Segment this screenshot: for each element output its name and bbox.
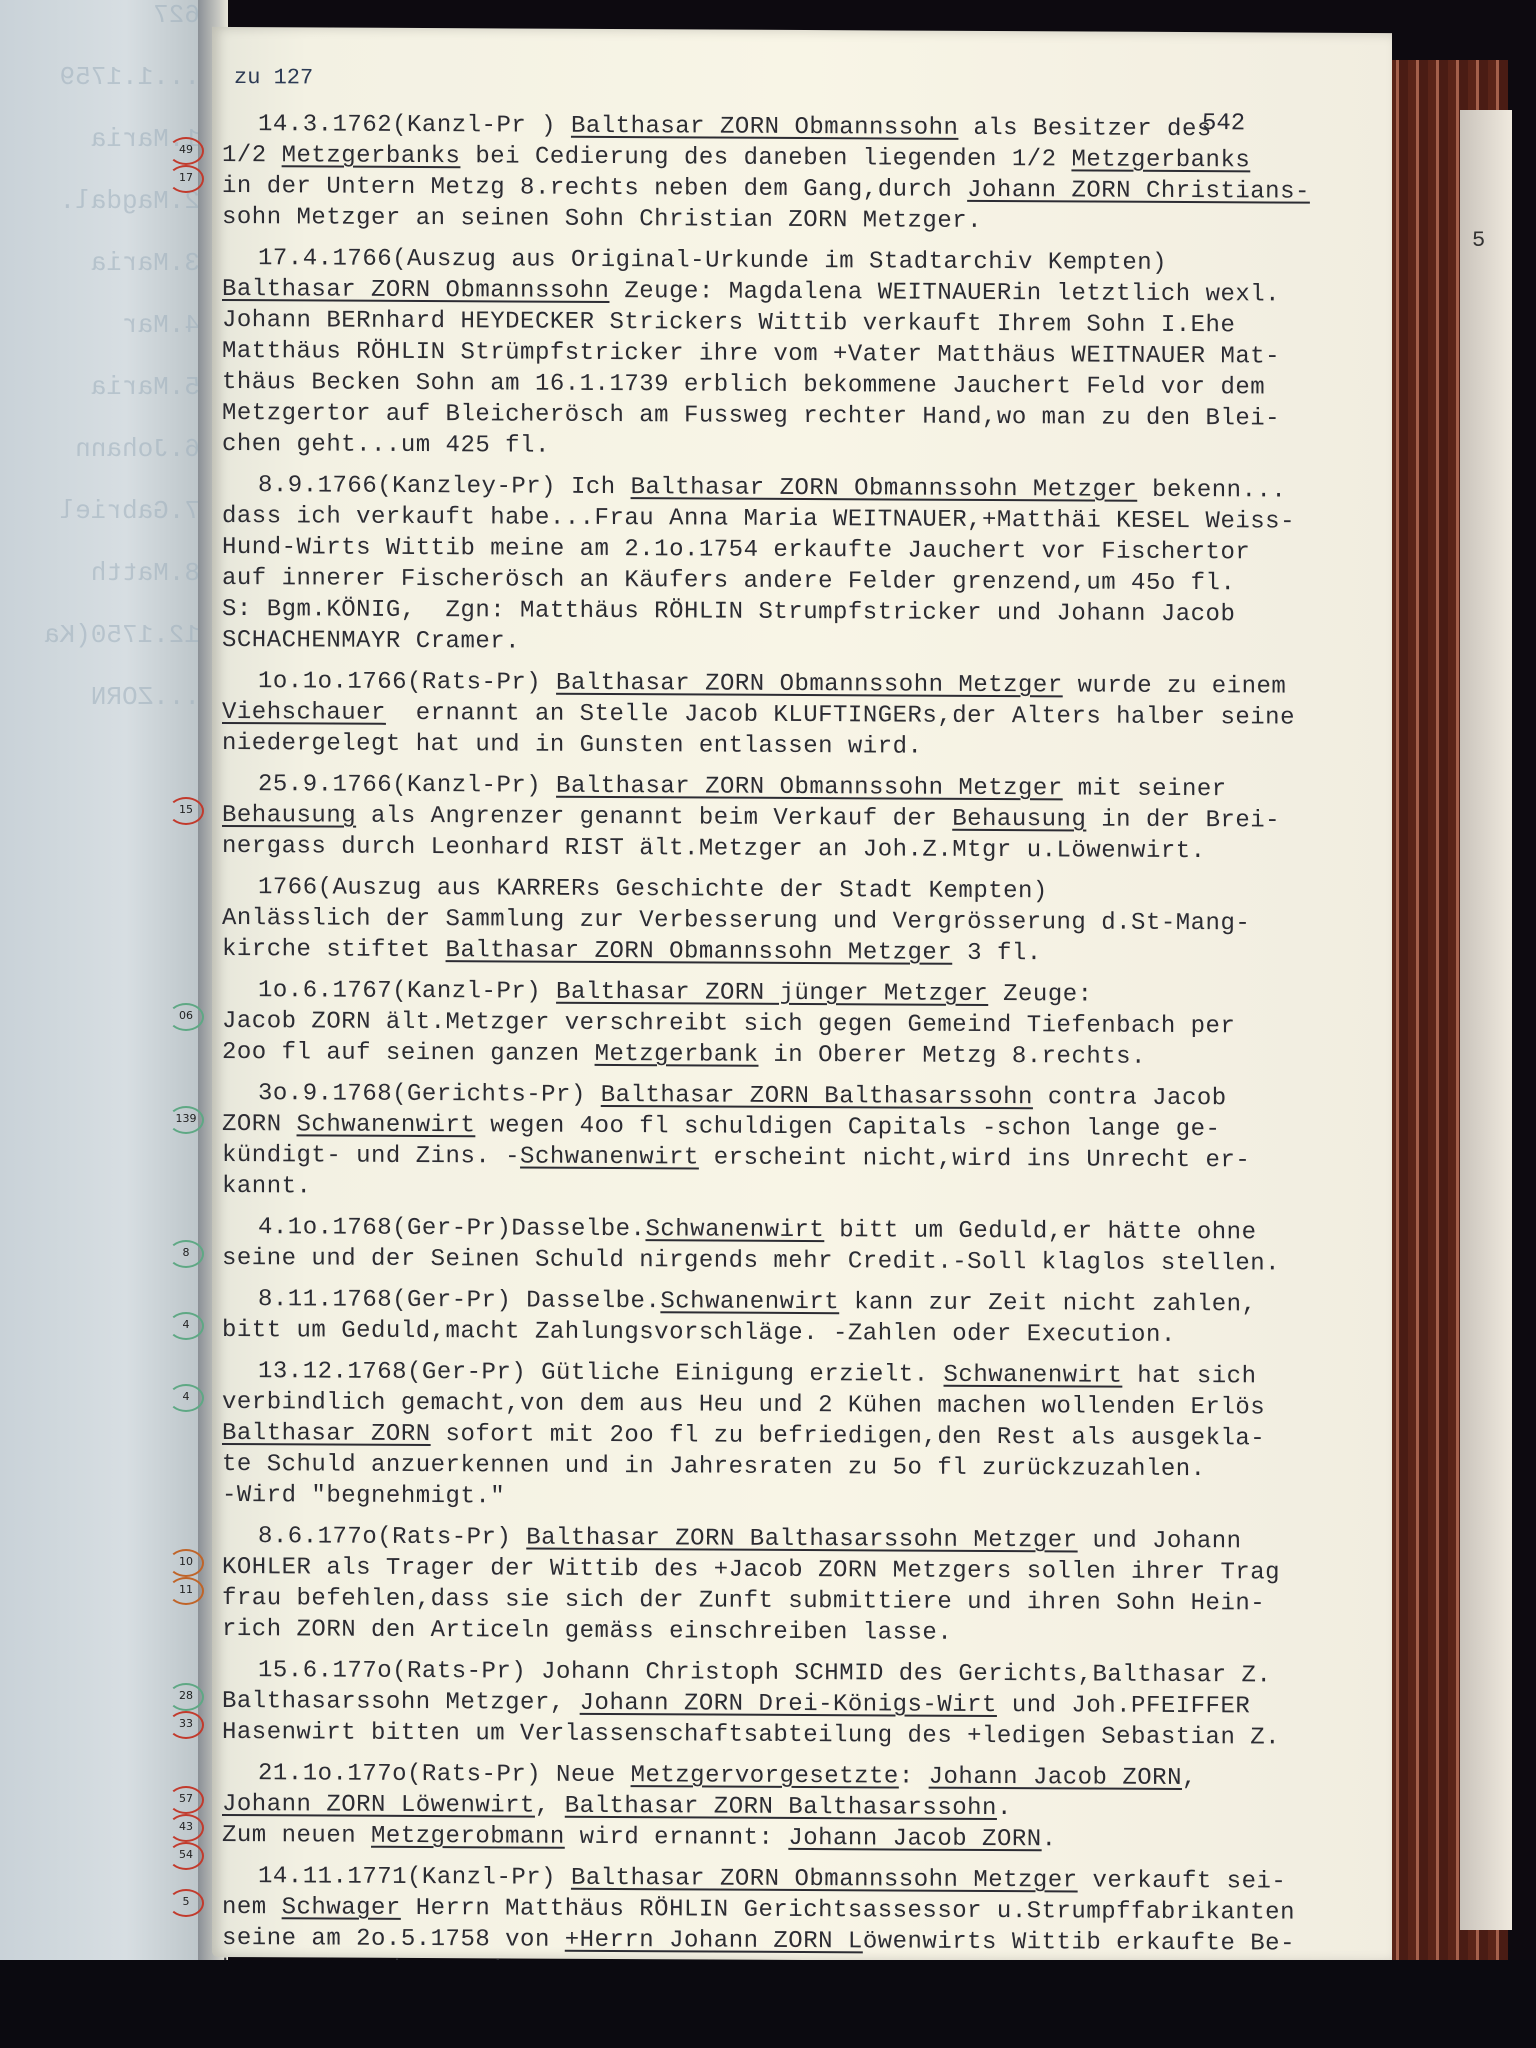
record-entry: 13.12.1768(Ger-Pr) Gütliche Einigung erz… (222, 1356, 1392, 1517)
record-entry: 1o.6.1767(Kanzl-Pr) Balthasar ZORN jünge… (222, 975, 1392, 1074)
entry-text-line: seine und der Seinen Schuld nirgends meh… (222, 1243, 1392, 1280)
record-entry: 17.4.1766(Auszug aus Original-Urkunde im… (222, 243, 1392, 466)
margin-annotation-mark: 4 (168, 1384, 204, 1412)
entry-text-line: nergass durch Leonhard RIST ält.Metzger … (222, 831, 1392, 868)
back-page-edge (1460, 110, 1512, 1930)
record-entries: 14.3.1762(Kanzl-Pr ) Balthasar ZORN Obma… (222, 109, 1392, 2032)
record-entry: 8.9.1766(Kanzley-Pr) Ich Balthasar ZORN … (222, 470, 1392, 662)
record-entry: 1o.1o.1766(Rats-Pr) Balthasar ZORN Obman… (222, 666, 1392, 765)
record-entry: 3o.9.1768(Gerichts-Pr) Balthasar ZORN Ba… (222, 1078, 1392, 1208)
entry-text-line: 2oo fl auf seinen ganzen Metzgerbank in … (222, 1037, 1392, 1074)
entry-text-line: SCHACHENMAYR Cramer. (222, 625, 1392, 662)
cross-reference-note: zu 127 (234, 65, 313, 90)
record-entry: 15.6.177o(Rats-Pr) Johann Christoph SCHM… (222, 1655, 1392, 1754)
entry-text-line: kündigt- und Zins. -Schwanenwirt erschei… (222, 1140, 1392, 1177)
document-page: zu 127 542 14.3.1762(Kanzl-Pr ) Balthasa… (212, 27, 1392, 1963)
margin-annotation-mark: 139 (168, 1106, 204, 1134)
record-entry: 14.3.1762(Kanzl-Pr ) Balthasar ZORN Obma… (222, 109, 1392, 239)
entry-text-line: chen geht...um 425 fl. (222, 429, 1392, 466)
entry-text-line: Hasenwirt bitten um Verlassenschaftsabte… (222, 1717, 1392, 1754)
margin-annotation-mark: 28 (168, 1683, 204, 1711)
margin-annotation-mark: 11 (168, 1577, 204, 1605)
margin-annotation-mark: 4 (168, 1312, 204, 1340)
entry-text-line: Zum neuen Metzgerobmann wird ernannt: Jo… (222, 1820, 1392, 1857)
entry-text-line: kirche stiftet Balthasar ZORN Obmannssoh… (222, 934, 1392, 971)
record-entry: 1766(Auszug aus KARRERs Geschichte der S… (222, 872, 1392, 971)
entry-text-line: niedergelegt hat und in Gunsten entlasse… (222, 728, 1392, 765)
record-entry: 4.1o.1768(Ger-Pr)Dasselbe.Schwanenwirt b… (222, 1212, 1392, 1280)
margin-annotation-mark: 15 (168, 797, 204, 825)
margin-annotation-mark: 49 (168, 137, 204, 165)
record-entry: 8.11.1768(Ger-Pr) Dasselbe.Schwanenwirt … (222, 1284, 1392, 1352)
margin-annotation-mark: 8 (168, 1240, 204, 1268)
margin-annotations: 49171506139844101128335743545 (168, 0, 212, 2048)
record-entry: 25.9.1766(Kanzl-Pr) Balthasar ZORN Obman… (222, 769, 1392, 868)
margin-annotation-mark: 43 (168, 1814, 204, 1842)
edge-page-mark: 5 (1472, 228, 1485, 253)
margin-annotation-mark: 17 (168, 165, 204, 193)
entry-text-line: rich ZORN den Articeln gemäss einschreib… (222, 1614, 1392, 1651)
entry-text-line: -Wird "begnehmigt." (222, 1480, 1392, 1517)
margin-annotation-mark: 06 (168, 1003, 204, 1031)
margin-annotation-mark: 54 (168, 1842, 204, 1870)
entry-text-line: kannt. (222, 1171, 1392, 1208)
entry-text-line: sohn Metzger an seinen Sohn Christian ZO… (222, 202, 1392, 239)
record-entry: 21.1o.177o(Rats-Pr) Neue Metzgervorgeset… (222, 1758, 1392, 1857)
margin-annotation-mark: 33 (168, 1711, 204, 1739)
record-entry: 8.6.177o(Rats-Pr) Balthasar ZORN Balthas… (222, 1521, 1392, 1651)
entry-text-line: bitt um Geduld,macht Zahlungsvorschläge.… (222, 1315, 1392, 1352)
margin-annotation-mark: 57 (168, 1786, 204, 1814)
margin-annotation-mark: 10 (168, 1549, 204, 1577)
margin-annotation-mark: 5 (168, 1889, 204, 1917)
background-table (0, 1960, 1536, 2048)
